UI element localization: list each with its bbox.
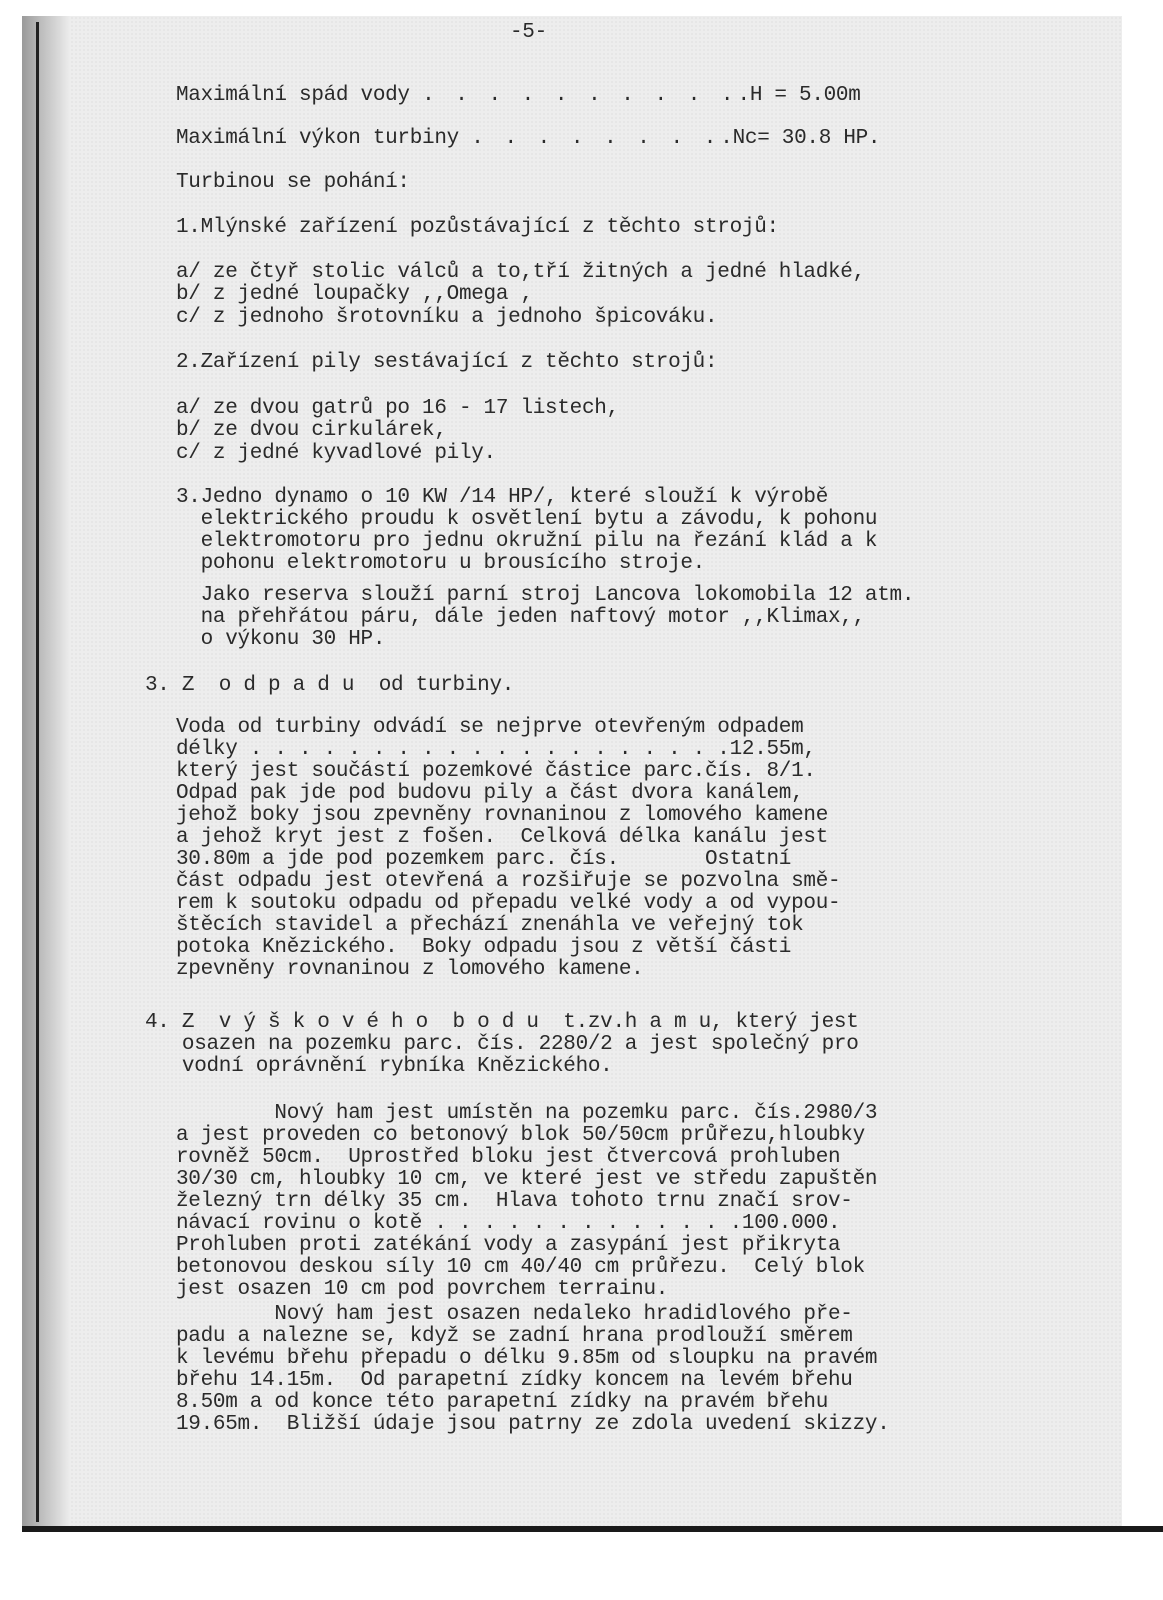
section4-p2-line: břehu 14.15m. Od parapetní zídky koncem … xyxy=(176,1370,853,1392)
section4-p1-line: 30/30 cm, hloubky 10 cm, ve které jest v… xyxy=(176,1169,877,1191)
spec-value: .H = 5.00m xyxy=(738,84,861,107)
section3-line: část odpadu jest otevřená a rozšiřuje se… xyxy=(176,871,840,893)
item1-line-a: a/ ze čtyř stolic válců a to,tří žitných… xyxy=(176,262,865,284)
spec-max-power: Maximální výkon turbiny . . . . . . . ..… xyxy=(176,128,880,150)
item1-line-b: b/ z jedné loupačky ,,Omega , xyxy=(176,284,533,306)
section3-line: potoka Knězického. Boky odpadu jsou z vě… xyxy=(176,937,791,959)
spec-label: Maximální výkon turbiny xyxy=(176,127,459,150)
section4-p2-line: 19.65m. Bližší údaje jsou patrny ze zdol… xyxy=(176,1414,890,1436)
spec-value: .Nc= 30.8 HP. xyxy=(720,127,880,150)
item3-line-2: elektrického proudu k osvětlení bytu a z… xyxy=(176,509,877,531)
binding-edge-line xyxy=(36,22,39,1522)
item3-reserve-1: Jako reserva slouží parní stroj Lancova … xyxy=(176,585,914,607)
section4-heading-3: vodní oprávnění rybníka Knězického. xyxy=(145,1056,612,1078)
item2-line-c: c/ z jedné kyvadlové pily. xyxy=(176,443,496,465)
page-margin-right xyxy=(1122,16,1163,1536)
spec-max-head: Maximální spád vody . . . . . . . . . ..… xyxy=(176,85,861,107)
section4-p1-line: návací rovinu o kotě . . . . . . . . . .… xyxy=(176,1213,840,1235)
section3-line: který jest součástí pozemkové částice pa… xyxy=(176,761,816,783)
item2-title: 2.Zařízení pily sestávající z těchto str… xyxy=(176,352,717,374)
section4-p2-line: 8.50m a od konce této parapetní zídky na… xyxy=(176,1392,828,1414)
section4-p2-line: padu a nalezne se, když se zadní hrana p… xyxy=(176,1326,853,1348)
section3-line: zpevněny rovnaninou z lomového kamene. xyxy=(176,959,643,981)
page-binding-shadow xyxy=(22,16,70,1531)
item3-reserve-2: na přehřátou páru, dále jeden naftový mo… xyxy=(176,607,865,629)
section4-heading-1: 4. Z v ý š k o v é h o b o d u t.zv.h a … xyxy=(145,1012,859,1034)
item3-line-1: 3.Jedno dynamo o 10 KW /14 HP/, které sl… xyxy=(176,487,828,509)
section3-line: Voda od turbiny odvádí se nejprve otevře… xyxy=(176,717,803,739)
section4-p1-line: betonovou deskou síly 10 cm 40/40 cm prů… xyxy=(176,1257,865,1279)
section3-line: štěcích stavidel a přechází znenáhla ve … xyxy=(176,915,803,937)
section4-p2-line: k levému břehu přepadu o délku 9.85m od … xyxy=(176,1348,877,1370)
section4-p2-line: Nový ham jest osazen nedaleko hradidlové… xyxy=(176,1304,853,1326)
section3-line: délky . . . . . . . . . . . . . . . . . … xyxy=(176,739,816,761)
page-bottom-edge xyxy=(22,1526,1163,1532)
section4-p1-line: Prohluben proti zatékání vody a zasypání… xyxy=(176,1235,840,1257)
section4-p1-line: železný trn délky 35 cm. Hlava tohoto tr… xyxy=(176,1191,853,1213)
section4-p1-line: Nový ham jest umístěn na pozemku parc. č… xyxy=(176,1103,877,1125)
section3-line: a jehož kryt jest z fošen. Celková délka… xyxy=(176,827,828,849)
item3-line-4: pohonu elektromotoru u brousícího stroje… xyxy=(176,553,705,575)
leader-dots: . . . . . . . . . . xyxy=(422,84,737,107)
section3-line: Odpad pak jde pod budovu pily a část dvo… xyxy=(176,783,803,805)
section4-heading-2: osazen na pozemku parc. čís. 2280/2 a je… xyxy=(145,1034,859,1056)
section3-heading: 3. Z o d p a d u od turbiny. xyxy=(145,675,514,697)
intro-line: Turbinou se pohání: xyxy=(176,172,410,194)
item2-line-b: b/ ze dvou cirkulárek, xyxy=(176,420,447,442)
section4-p1-line: jest osazen 10 cm pod povrchem terrainu. xyxy=(176,1279,668,1301)
page-number: -5- xyxy=(510,22,547,44)
section3-line: rem k soutoku odpadu od přepadu velké vo… xyxy=(176,893,840,915)
section4-p1-line: rovněž 50cm. Uprostřed bloku jest čtverc… xyxy=(176,1147,840,1169)
item2-line-a: a/ ze dvou gatrů po 16 - 17 listech, xyxy=(176,398,619,420)
item3-line-3: elektromotoru pro jednu okružní pilu na … xyxy=(176,531,877,553)
section3-line: jehož boky jsou zpevněny rovnaninou z lo… xyxy=(176,805,828,827)
spec-label: Maximální spád vody xyxy=(176,84,410,107)
item1-title: 1.Mlýnské zařízení pozůstávající z těcht… xyxy=(176,217,779,239)
item1-line-c: c/ z jednoho šrotovníku a jednoho špicov… xyxy=(176,307,717,329)
section4-p1-line: a jest proveden co betonový blok 50/50cm… xyxy=(176,1125,865,1147)
item3-reserve-3: o výkonu 30 HP. xyxy=(176,629,385,651)
section3-line: 30.80m a jde pod pozemkem parc. čís. Ost… xyxy=(176,849,791,871)
leader-dots: . . . . . . . . xyxy=(471,127,720,150)
